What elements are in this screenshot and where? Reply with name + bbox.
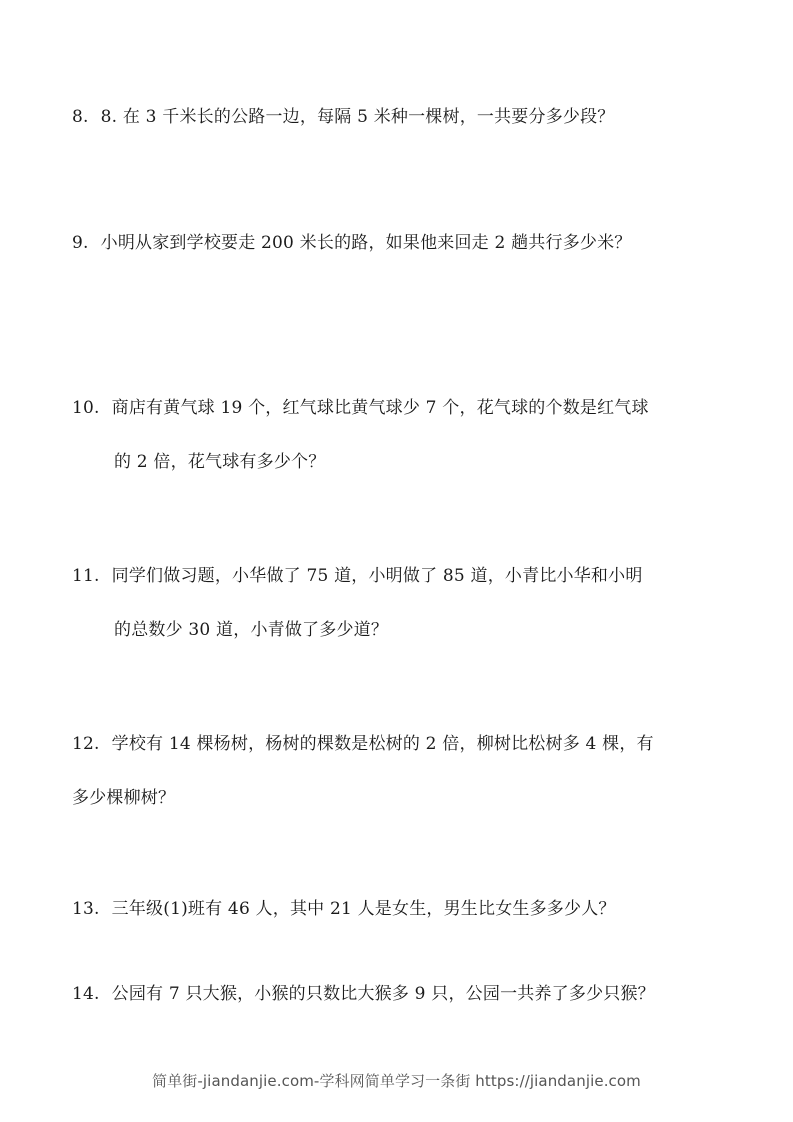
question-line: 9.小明从家到学校要走 200 米长的路，如果他来回走 2 趟共行多少米？ bbox=[72, 232, 732, 254]
question-number: 12. bbox=[72, 733, 100, 755]
question-number: 9. bbox=[72, 232, 89, 254]
question-number: 13. bbox=[72, 898, 100, 920]
question-number: 11. bbox=[72, 565, 100, 587]
question-text: 同学们做习题，小华做了 75 道，小明做了 85 道，小青比小华和小明 bbox=[112, 566, 643, 586]
question-text: 商店有黄气球 19 个，红气球比黄气球少 7 个，花气球的个数是红气球 bbox=[112, 398, 649, 418]
question-line: 10.商店有黄气球 19 个，红气球比黄气球少 7 个，花气球的个数是红气球 bbox=[72, 397, 732, 419]
question-number: 10. bbox=[72, 397, 100, 419]
document-page: 8.8. 在 3 千米长的公路一边，每隔 5 米种一棵树，一共要分多少段？ 9.… bbox=[0, 0, 793, 1122]
question-line: 8.8. 在 3 千米长的公路一边，每隔 5 米种一棵树，一共要分多少段？ bbox=[72, 106, 732, 128]
question-12: 12.学校有 14 棵杨树，杨树的棵数是松树的 2 倍，柳树比松树多 4 棵，有… bbox=[72, 733, 732, 809]
question-number: 8. bbox=[72, 106, 89, 128]
question-text: 8. 在 3 千米长的公路一边，每隔 5 米种一棵树，一共要分多少段？ bbox=[101, 107, 615, 127]
question-continuation: 多少棵柳树？ bbox=[72, 787, 732, 809]
question-continuation: 的 2 倍，花气球有多少个？ bbox=[72, 451, 732, 473]
question-line: 13.三年级(1)班有 46 人，其中 21 人是女生，男生比女生多多少人？ bbox=[72, 898, 732, 920]
question-13: 13.三年级(1)班有 46 人，其中 21 人是女生，男生比女生多多少人？ bbox=[72, 898, 732, 920]
question-line: 12.学校有 14 棵杨树，杨树的棵数是松树的 2 倍，柳树比松树多 4 棵，有 bbox=[72, 733, 732, 755]
question-line: 11.同学们做习题，小华做了 75 道，小明做了 85 道，小青比小华和小明 bbox=[72, 565, 732, 587]
footer-watermark: 简单街-jiandanjie.com-学科网简单学习一条街 https://ji… bbox=[0, 1070, 793, 1091]
question-text: 三年级(1)班有 46 人，其中 21 人是女生，男生比女生多多少人？ bbox=[112, 899, 616, 919]
question-10: 10.商店有黄气球 19 个，红气球比黄气球少 7 个，花气球的个数是红气球 的… bbox=[72, 397, 732, 473]
question-8: 8.8. 在 3 千米长的公路一边，每隔 5 米种一棵树，一共要分多少段？ bbox=[72, 106, 732, 128]
question-text: 小明从家到学校要走 200 米长的路，如果他来回走 2 趟共行多少米？ bbox=[101, 233, 632, 253]
question-9: 9.小明从家到学校要走 200 米长的路，如果他来回走 2 趟共行多少米？ bbox=[72, 232, 732, 254]
question-continuation: 的总数少 30 道，小青做了多少道？ bbox=[72, 619, 732, 641]
question-number: 14. bbox=[72, 983, 100, 1005]
question-line: 14.公园有 7 只大猴，小猴的只数比大猴多 9 只，公园一共养了多少只猴？ bbox=[72, 983, 732, 1005]
question-11: 11.同学们做习题，小华做了 75 道，小明做了 85 道，小青比小华和小明 的… bbox=[72, 565, 732, 641]
question-text: 公园有 7 只大猴，小猴的只数比大猴多 9 只，公园一共养了多少只猴？ bbox=[112, 984, 655, 1004]
question-text: 学校有 14 棵杨树，杨树的棵数是松树的 2 倍，柳树比松树多 4 棵，有 bbox=[112, 734, 654, 754]
question-14: 14.公园有 7 只大猴，小猴的只数比大猴多 9 只，公园一共养了多少只猴？ bbox=[72, 983, 732, 1005]
